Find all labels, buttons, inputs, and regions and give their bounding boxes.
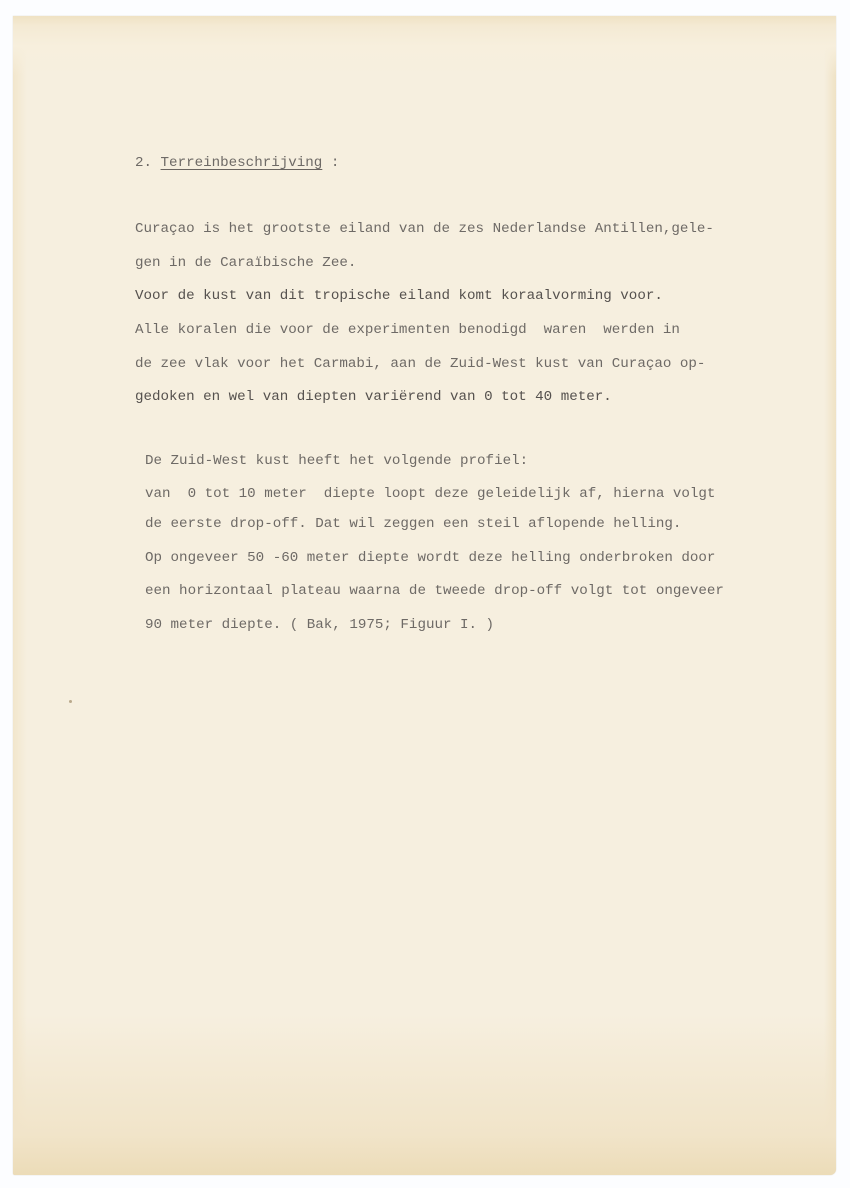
text-line: van 0 tot 10 meter diepte loopt deze gel… [145,486,715,502]
text-line: de eerste drop-off. Dat wil zeggen een s… [145,516,681,532]
section-title: Terreinbeschrijving [161,155,323,171]
text-line: gedoken en wel van diepten variërend van… [135,389,612,405]
section-title-suffix: : [331,155,340,171]
section-number: 2. [135,155,152,171]
text-line: 90 meter diepte. ( Bak, 1975; Figuur I. … [145,617,494,633]
text-line: De Zuid-West kust heeft het volgende pro… [145,453,528,469]
text-line: gen in de Caraïbische Zee. [135,255,356,271]
text-line: Curaçao is het grootste eiland van de ze… [135,221,714,237]
text-line: Op ongeveer 50 -60 meter diepte wordt de… [145,550,715,566]
section-heading: 2. Terreinbeschrijving : [135,155,339,171]
text-line: Alle koralen die voor de experimenten be… [135,322,680,338]
text-line: een horizontaal plateau waarna de tweede… [145,583,724,599]
paper-speck [69,700,72,703]
text-line: Voor de kust van dit tropische eiland ko… [135,288,663,304]
scan-background: 2. Terreinbeschrijving : Curaçao is het … [0,0,850,1188]
text-line: de zee vlak voor het Carmabi, aan de Zui… [135,356,705,372]
